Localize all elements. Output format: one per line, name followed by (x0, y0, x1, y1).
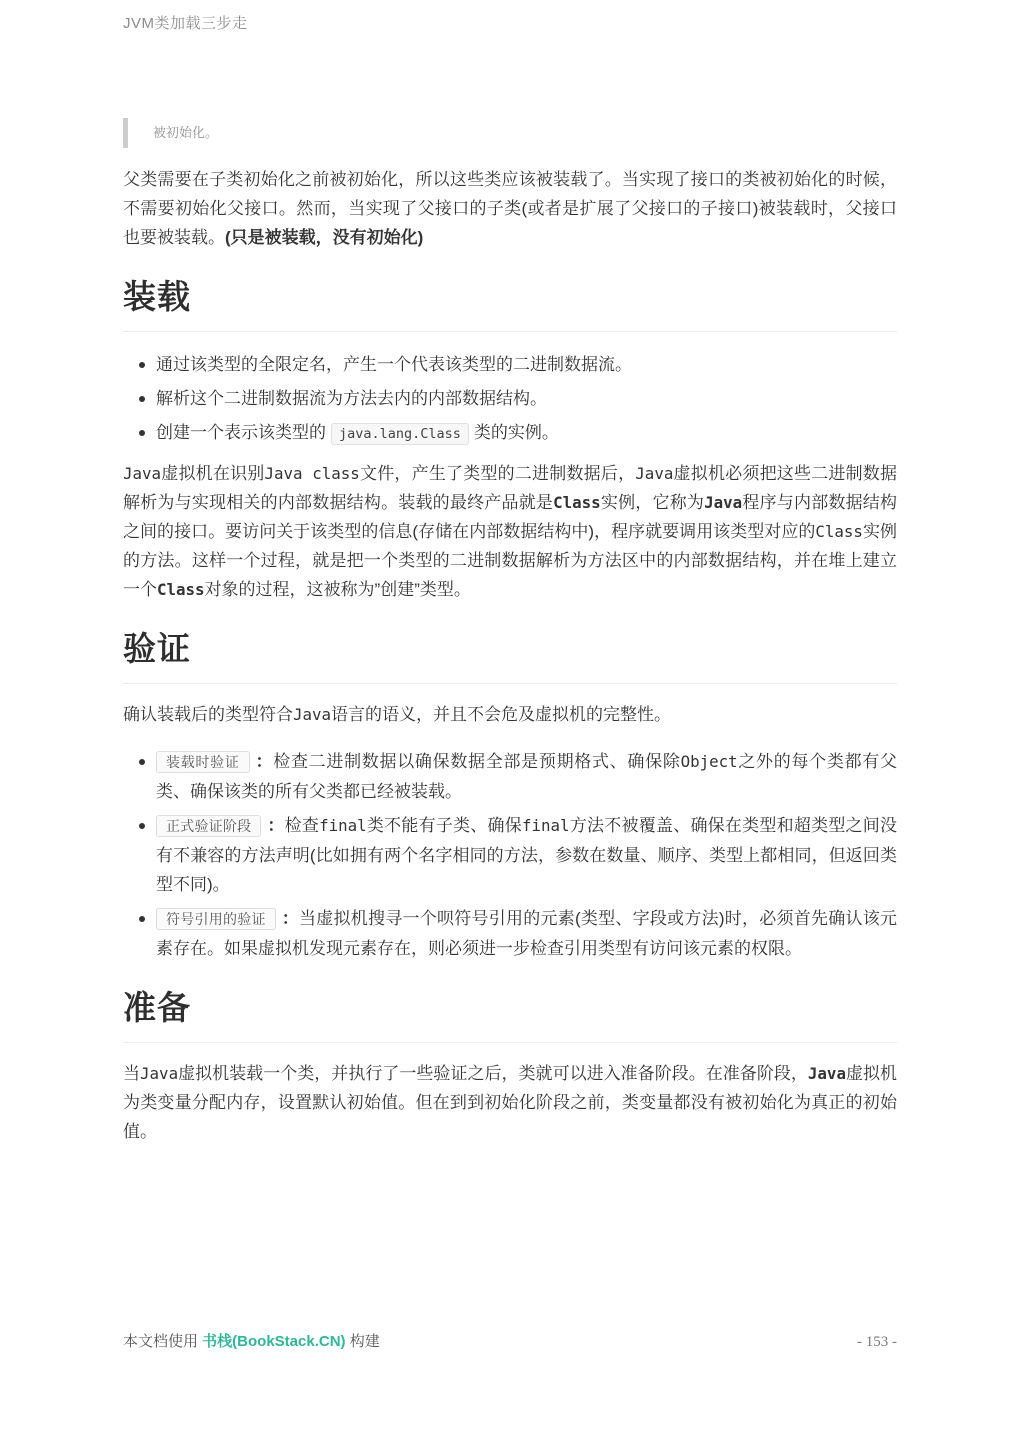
blockquote-text: 被初始化。 (153, 122, 897, 144)
text-segment-mono: Java (123, 464, 161, 483)
text-segment: 实例，它称为 (601, 493, 704, 512)
text-segment-mono: final (522, 816, 570, 835)
verification-paragraph: 确认装载后的类型符合Java语言的语义，并且不会危及虚拟机的完整性。 (123, 700, 897, 729)
blockquote: 被初始化。 (123, 118, 897, 148)
list-item: 正式验证阶段：检查final类不能有子类、确保final方法不被覆盖、确保在类型… (156, 811, 897, 899)
verification-steps-list: 装载时验证：检查二进制数据以确保数据全部是预期格式、确保除Object之外的每个… (123, 747, 897, 963)
text-segment: 文件，产生了类型的二进制数据后， (360, 464, 636, 483)
footer: 本文档使用 书栈(BookStack.CN) 构建 - 153 - (123, 1330, 897, 1351)
preparation-paragraph: 当Java虚拟机装载一个类，并执行了一些验证之后，类就可以进入准备阶段。在准备阶… (123, 1059, 897, 1146)
text-segment-mono: Class (815, 522, 863, 541)
text-segment-code: java.lang.Class (331, 423, 469, 445)
list-item: 符号引用的验证：当虚拟机搜寻一个呗符号引用的元素(类型、字段或方法)时，必须首先… (156, 904, 897, 963)
document-page: JVM类加载三步走 被初始化。 父类需要在子类初始化之前被初始化，所以这些类应该… (0, 0, 1019, 1440)
section-preparation: 准备 当Java虚拟机装载一个类，并执行了一些验证之后，类就可以进入准备阶段。在… (123, 988, 897, 1146)
text-segment: 确认装载后的类型符合 (123, 705, 293, 724)
text-segment-bold: ： (256, 752, 274, 771)
text-segment-mono: final (319, 816, 367, 835)
text-segment: 对象的过程，这被称为”创建”类型。 (205, 580, 471, 599)
text-segment-badge: 装载时验证 (156, 751, 250, 773)
page-number: - 153 - (857, 1334, 897, 1351)
text-segment-badge: 符号引用的验证 (156, 908, 276, 930)
text-segment-bold: (只是被装载，没有初始化) (225, 228, 423, 247)
bookstack-link[interactable]: 书栈(BookStack.CN) (202, 1333, 345, 1350)
text-segment: 检查二进制数据以确保数据全部是预期格式、确保除 (273, 752, 680, 771)
text-segment: 当 (123, 1064, 140, 1083)
section-preparation-title: 准备 (123, 988, 897, 1043)
loading-steps-list: 通过该类型的全限定名，产生一个代表该类型的二进制数据流。 解析这个二进制数据流为… (123, 350, 897, 449)
text-segment: 检查 (285, 816, 319, 835)
text-segment-mono: Java (635, 464, 673, 483)
list-item: 解析这个二进制数据流为方法去内的内部数据结构。 (156, 384, 897, 413)
loading-paragraph: Java虚拟机在识别Java class文件，产生了类型的二进制数据后，Java… (123, 459, 897, 604)
text-segment: 虚拟机装载一个类，并执行了一些验证之后，类就可以进入准备阶段。在准备阶段， (178, 1064, 808, 1083)
doc-title: JVM类加载三步走 (123, 15, 248, 32)
text-segment-badge: 正式验证阶段 (156, 815, 261, 837)
footer-prefix: 本文档使用 (123, 1333, 202, 1350)
text-segment-bold: ： (267, 816, 284, 835)
text-segment: 类不能有子类、确保 (367, 816, 522, 835)
text-segment-bold-mono: Class (157, 580, 205, 599)
text-segment-mono: Java class (264, 464, 359, 483)
content-area: 被初始化。 父类需要在子类初始化之前被初始化，所以这些类应该被装载了。当实现了接… (123, 118, 897, 1146)
text-segment: 虚拟机在识别 (161, 464, 264, 483)
section-verification: 验证 确认装载后的类型符合Java语言的语义，并且不会危及虚拟机的完整性。 装载… (123, 629, 897, 963)
text-segment-mono: Java (293, 705, 331, 724)
intro-paragraph: 父类需要在子类初始化之前被初始化，所以这些类应该被装载了。当实现了接口的类被初始… (123, 165, 897, 252)
footer-suffix: 构建 (346, 1333, 380, 1350)
text-segment: 解析这个二进制数据流为方法去内的内部数据结构。 (156, 389, 547, 408)
text-segment: 类的实例。 (474, 423, 559, 442)
list-item: 通过该类型的全限定名，产生一个代表该类型的二进制数据流。 (156, 350, 897, 379)
section-loading: 装载 通过该类型的全限定名，产生一个代表该类型的二进制数据流。 解析这个二进制数… (123, 277, 897, 604)
footer-build-note: 本文档使用 书栈(BookStack.CN) 构建 (123, 1330, 380, 1351)
text-segment-mono: Java (140, 1064, 178, 1083)
section-verification-title: 验证 (123, 629, 897, 684)
text-segment: 语言的语义，并且不会危及虚拟机的完整性。 (331, 705, 671, 724)
text-segment-bold-mono: Java (808, 1064, 846, 1083)
list-item: 装载时验证：检查二进制数据以确保数据全部是预期格式、确保除Object之外的每个… (156, 747, 897, 806)
text-segment-bold-mono: Java (704, 493, 742, 512)
text-segment: 创建一个表示该类型的 (156, 423, 326, 442)
doc-header: JVM类加载三步走 (123, 12, 248, 33)
text-segment: 通过该类型的全限定名，产生一个代表该类型的二进制数据流。 (156, 355, 632, 374)
text-segment-mono: Object (681, 752, 738, 771)
text-segment-bold: ： (282, 909, 299, 928)
section-loading-title: 装载 (123, 277, 897, 332)
text-segment-bold-mono: Class (553, 493, 601, 512)
list-item: 创建一个表示该类型的java.lang.Class类的实例。 (156, 418, 897, 449)
